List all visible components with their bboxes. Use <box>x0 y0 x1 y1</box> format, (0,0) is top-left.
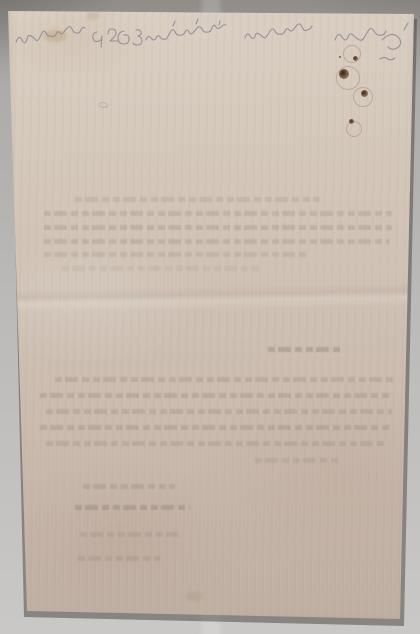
ghost-text-line <box>83 484 175 489</box>
aged-paper-sheet <box>0 0 420 634</box>
ghost-text-line <box>55 377 393 382</box>
ghost-text-line <box>40 425 390 430</box>
ghost-text-line <box>44 239 389 244</box>
ghost-text-line <box>44 225 392 230</box>
handwritten-inscription <box>0 0 420 120</box>
photograph-of-document: { "scene": { "description": "Photograph … <box>0 0 420 634</box>
ghost-text-line <box>46 441 386 446</box>
ghost-text-line <box>62 266 262 271</box>
ghost-text-line <box>268 347 340 352</box>
ghost-text-line <box>44 211 392 216</box>
ghost-text-line <box>44 252 306 257</box>
rust-ring <box>346 121 362 137</box>
ghost-text-line <box>75 197 320 202</box>
ghost-text-line <box>40 393 392 398</box>
ghost-text-line <box>78 556 160 561</box>
ghost-text-line <box>255 458 340 463</box>
ghost-text-line <box>75 505 190 510</box>
ghost-text-line <box>80 532 178 537</box>
ghost-text-line <box>46 409 392 414</box>
pencil-scribble <box>99 103 108 108</box>
paper-smudge <box>186 592 202 601</box>
